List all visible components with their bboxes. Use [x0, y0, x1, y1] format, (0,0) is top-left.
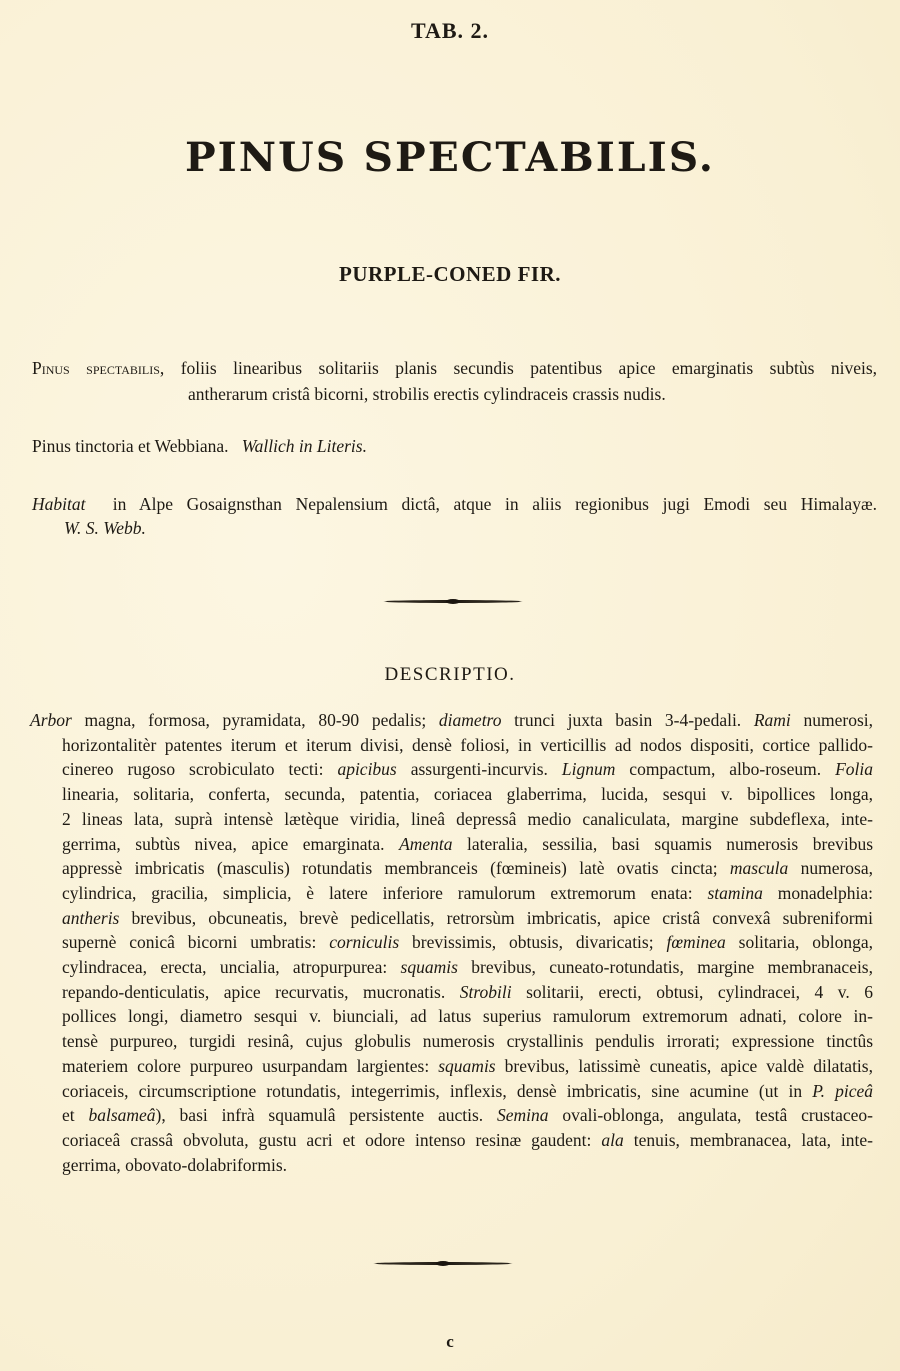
- species-title: PINUS SPECTABILIS.: [0, 134, 900, 181]
- description-line: pollices longi, diametro sesqui v. biunc…: [62, 1008, 873, 1026]
- text-run: solitaria, oblonga,: [726, 932, 873, 952]
- text-run: tenuis, membranacea, lata, inte-: [624, 1130, 873, 1150]
- text-run: 2 lineas lata, suprà intensè lætèque vir…: [62, 809, 873, 829]
- text-run: numerosa,: [788, 858, 873, 878]
- text-run: numerosi,: [791, 710, 873, 730]
- text-run: appressè imbricatis (masculis) rotundati…: [62, 858, 730, 878]
- description-line: et balsameâ), basi infrà squamulâ persis…: [62, 1107, 873, 1125]
- text-run: cylindracea, erecta, uncialia, atropurpu…: [62, 957, 401, 977]
- description-line: antheris brevibus, obcuneatis, brevè ped…: [62, 910, 873, 928]
- diagnosis-text-cont: antherarum cristâ bicorni, strobilis ere…: [188, 384, 666, 404]
- description-line: gerrima, obovato-dolabriformis.: [62, 1157, 287, 1175]
- text-run: coriaceâ crassâ obvoluta, gustu acri et …: [62, 1130, 601, 1150]
- italic-term: antheris: [62, 908, 119, 928]
- text-run: compactum, albo-roseum.: [615, 759, 835, 779]
- italic-term: mascula: [730, 858, 788, 878]
- text-run: supernè conicâ bicorni umbratis:: [62, 932, 329, 952]
- text-run: repando-denticulatis, apice recurvatis, …: [62, 982, 460, 1002]
- description-line: coriaceâ crassâ obvoluta, gustu acri et …: [62, 1132, 873, 1150]
- text-run: tensè purpureo, turgidi resinâ, cujus gl…: [62, 1031, 873, 1051]
- description-line: horizontalitèr patentes iterum et iterum…: [62, 737, 873, 755]
- ornamental-rule-bottom: [373, 1262, 513, 1265]
- synonym-authority: Wallich in Literis.: [242, 436, 367, 456]
- text-run: gerrima, obovato-dolabriformis.: [62, 1155, 287, 1175]
- description-line: cylindrica, gracilia, simplicia, è later…: [62, 885, 873, 903]
- description-line: 2 lineas lata, suprà intensè lætèque vir…: [62, 811, 873, 829]
- diagnosis-line-2: antherarum cristâ bicorni, strobilis ere…: [188, 386, 666, 404]
- signature-mark: c: [0, 1332, 900, 1352]
- text-run: et: [62, 1105, 88, 1125]
- description-line: materiem colore purpureo usurpandam larg…: [62, 1058, 873, 1076]
- synonym-name: Pinus tinctoria et Webbiana.: [32, 436, 229, 456]
- italic-term: squamis: [401, 957, 458, 977]
- habitat-label: Habitat: [32, 494, 85, 514]
- italic-term: Folia: [835, 759, 873, 779]
- description-line: repando-denticulatis, apice recurvatis, …: [62, 984, 873, 1002]
- text-run: monadelphia:: [763, 883, 873, 903]
- text-run: coriaceis, circumscriptione rotundatis, …: [62, 1081, 812, 1101]
- text-run: brevibus, latissimè cuneatis, apice vald…: [496, 1056, 873, 1076]
- habitat-collector-line: W. S. Webb.: [64, 520, 146, 538]
- text-run: trunci juxta basin 3-4-pedali.: [501, 710, 753, 730]
- description-line: supernè conicâ bicorni umbratis: cornicu…: [62, 934, 873, 952]
- plate-number: TAB. 2.: [0, 18, 900, 44]
- text-run: brevibus, cuneato-rotundatis, margine me…: [458, 957, 873, 977]
- italic-term: diametro: [439, 710, 502, 730]
- description-line: cinereo rugoso scrobiculato tecti: apici…: [62, 761, 873, 779]
- text-run: cinereo rugoso scrobiculato tecti:: [62, 759, 337, 779]
- description-line: coriaceis, circumscriptione rotundatis, …: [62, 1083, 873, 1101]
- text-run: brevibus, obcuneatis, brevè pedicellatis…: [119, 908, 873, 928]
- diagnosis-text: foliis linearibus solitariis planis secu…: [181, 358, 877, 378]
- description-line: cylindracea, erecta, uncialia, atropurpu…: [62, 959, 873, 977]
- ornamental-rule-top: [383, 600, 523, 603]
- text-run: ovali-oblonga, angulata, testâ crustaceo…: [549, 1105, 873, 1125]
- description-heading: DESCRIPTIO.: [0, 664, 900, 686]
- italic-term: Strobili: [460, 982, 512, 1002]
- text-run: ), basi infrà squamulâ persistente aucti…: [156, 1105, 497, 1125]
- text-run: cylindrica, gracilia, simplicia, è later…: [62, 883, 707, 903]
- description-line: Arbor magna, formosa, pyramidata, 80-90 …: [30, 712, 873, 730]
- text-run: linearia, solitaria, conferta, secunda, …: [62, 784, 873, 804]
- description-line: linearia, solitaria, conferta, secunda, …: [62, 786, 873, 804]
- italic-term: Rami: [754, 710, 791, 730]
- habitat-text: in Alpe Gosaignsthan Nepalensium dictâ, …: [113, 494, 877, 514]
- habitat-line: Habitat in Alpe Gosaignsthan Nepalensium…: [32, 496, 877, 514]
- italic-term: P. piceâ: [812, 1081, 873, 1101]
- italic-term: Semina: [497, 1105, 549, 1125]
- description-line: tensè purpureo, turgidi resinâ, cujus gl…: [62, 1033, 873, 1051]
- italic-term: balsameâ: [88, 1105, 155, 1125]
- habitat-collector: W. S. Webb.: [64, 518, 146, 538]
- text-run: materiem colore purpureo usurpandam larg…: [62, 1056, 438, 1076]
- synonym: Pinus tinctoria et Webbiana. Wallich in …: [32, 438, 367, 456]
- text-run: gerrima, subtùs nivea, apice emarginata.: [62, 834, 399, 854]
- italic-term: squamis: [438, 1056, 495, 1076]
- text-run: horizontalitèr patentes iterum et iterum…: [62, 735, 873, 755]
- italic-term: apicibus: [337, 759, 396, 779]
- common-name: PURPLE-CONED FIR.: [0, 262, 900, 287]
- text-run: assurgenti-incurvis.: [397, 759, 562, 779]
- italic-term: Arbor: [30, 710, 72, 730]
- italic-term: Lignum: [562, 759, 615, 779]
- diagnosis-line-1: Pinus spectabilis, foliis linearibus sol…: [32, 360, 877, 378]
- text-run: lateralia, sessilia, basi squamis numero…: [453, 834, 873, 854]
- text-run: brevissimis, obtusis, divaricatis;: [399, 932, 666, 952]
- diagnosis-species-name: Pinus spectabilis,: [32, 358, 164, 378]
- italic-term: corniculis: [329, 932, 399, 952]
- text-run: pollices longi, diametro sesqui v. biunc…: [62, 1006, 873, 1026]
- italic-term: ala: [601, 1130, 623, 1150]
- italic-term: stamina: [707, 883, 762, 903]
- text-run: solitarii, erecti, obtusi, cylindracei, …: [512, 982, 873, 1002]
- text-run: magna, formosa, pyramidata, 80-90 pedali…: [72, 710, 439, 730]
- description-line: appressè imbricatis (masculis) rotundati…: [62, 860, 873, 878]
- italic-term: fœminea: [666, 932, 725, 952]
- description-line: gerrima, subtùs nivea, apice emarginata.…: [62, 836, 873, 854]
- italic-term: Amenta: [399, 834, 452, 854]
